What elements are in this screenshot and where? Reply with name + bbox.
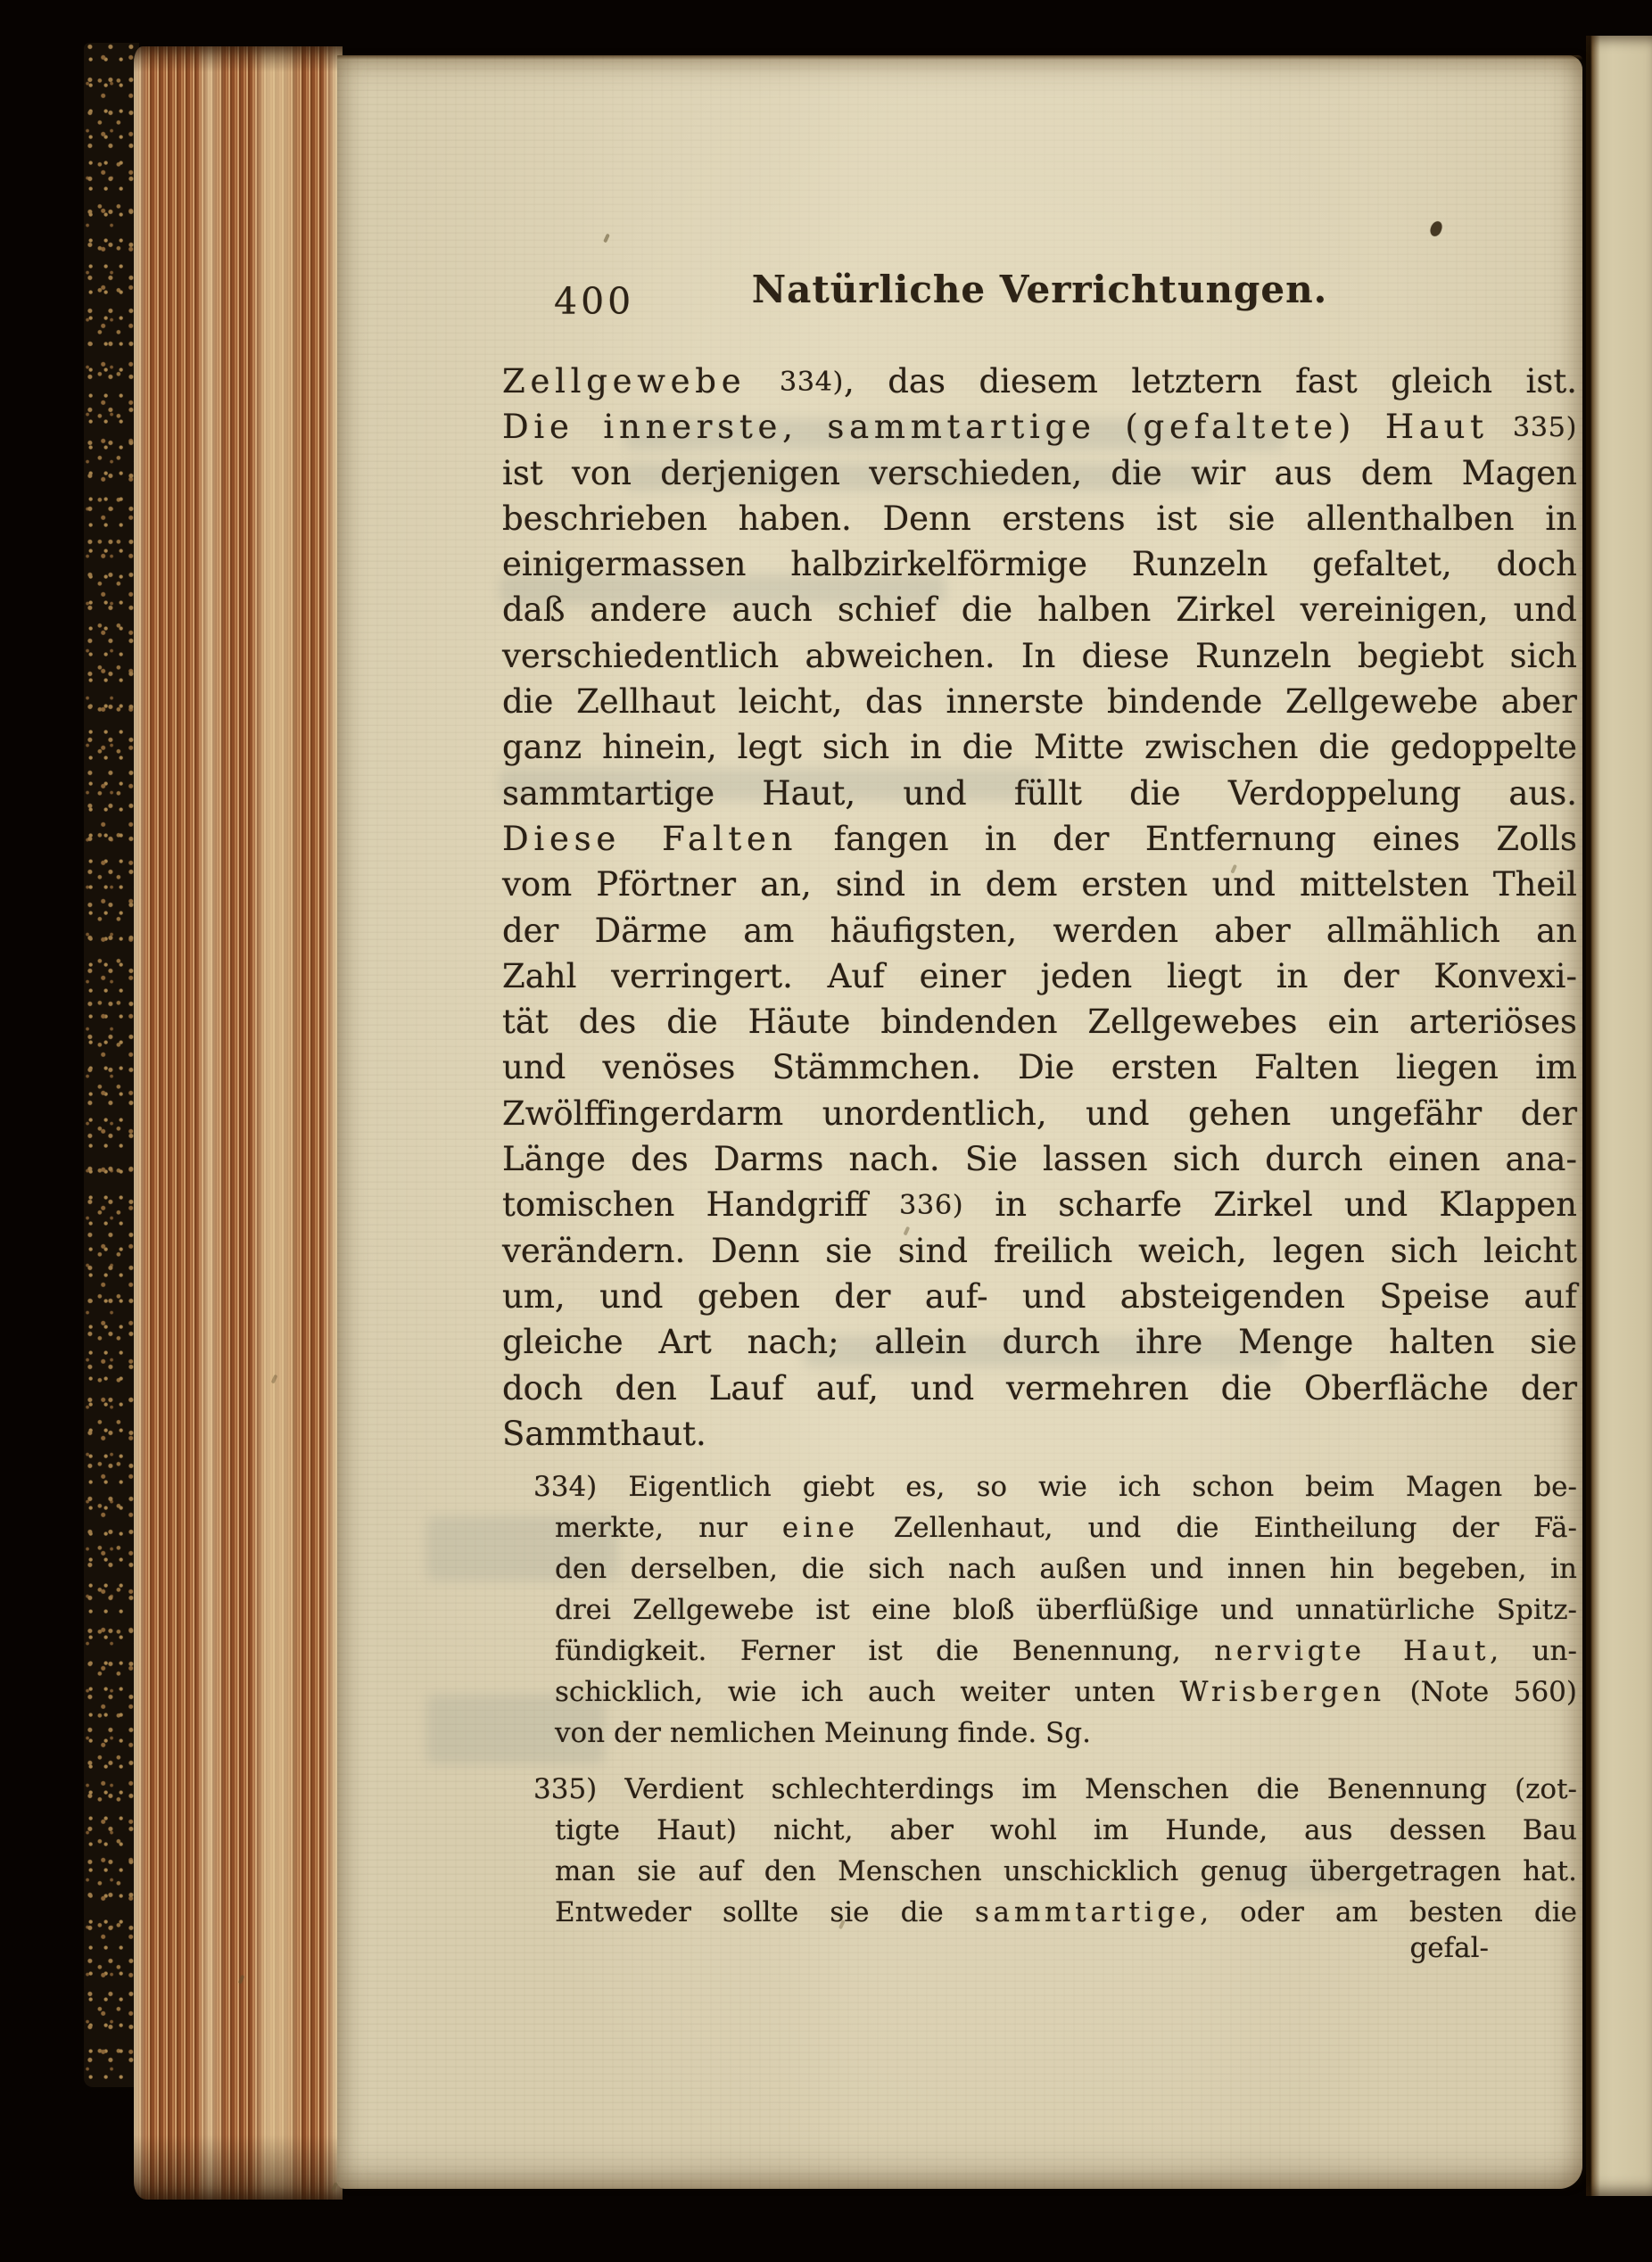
body-line: ist von derjenigen verschieden, die wir … [502, 450, 1577, 496]
footnote-line: Entweder sollte sie die sammtartige, ode… [555, 1892, 1577, 1933]
text-segment: Wrisbergen [1180, 1676, 1385, 1708]
body-line: daß andere auch schief die halben Zirkel… [502, 587, 1577, 632]
text-segment: verändern. Denn sie sind freilich weich,… [502, 1232, 1577, 1270]
body-line: gleiche Art nach; allein durch ihre Meng… [502, 1319, 1577, 1365]
body-line: tomischen Handgriff 336) in scharfe Zirk… [502, 1182, 1577, 1227]
book-photo: 400 Natürliche Verrichtungen. Zellgewebe… [0, 0, 1652, 2262]
text-segment: vom Pförtner an, sind in dem ersten und … [502, 865, 1577, 904]
footnote-line: tigte Haut) nicht, aber wohl im Hunde, a… [555, 1810, 1577, 1851]
footnote-line: 334) Eigentlich giebt es, so wie ich sch… [533, 1466, 1577, 1507]
body-line: verschiedentlich abweichen. In diese Run… [502, 633, 1577, 679]
body-line: sammtartige Haut, und füllt die Verdoppe… [502, 771, 1577, 816]
text-segment: 334) Eigentlich giebt es, so wie ich sch… [533, 1471, 1577, 1503]
text-segment: sammtartige [975, 1896, 1200, 1928]
body-line: verändern. Denn sie sind freilich weich,… [502, 1228, 1577, 1274]
text-segment: den derselben, die sich nach außen und i… [555, 1553, 1577, 1585]
text-segment: in scharfe Zirkel und Klappen [963, 1185, 1577, 1224]
text-segment: der Därme am häufigsten, werden aber all… [502, 912, 1577, 950]
footnote-line: von der nemlichen Meinung finde. Sg. [555, 1713, 1577, 1754]
text-segment: tigte Haut) nicht, aber wohl im Hunde, a… [555, 1814, 1577, 1846]
body-line: die Zellhaut leicht, das innerste binden… [502, 679, 1577, 724]
text-segment: und venöses Stämmchen. Die ersten Falten… [502, 1048, 1577, 1086]
body-text: Zellgewebe 334), das diesem letztern fas… [502, 359, 1577, 1457]
footnote-reference: 335) [1513, 412, 1577, 443]
footnote-334: 334) Eigentlich giebt es, so wie ich sch… [533, 1466, 1577, 1754]
footnote-line: schicklich, wie ich auch weiter unten Wr… [555, 1672, 1577, 1713]
footnote-line: fündigkeit. Ferner ist die Benennung, ne… [555, 1630, 1577, 1672]
text-segment: schicklich, wie ich auch weiter unten [555, 1676, 1180, 1708]
text-segment: Sammthaut. [502, 1415, 706, 1453]
text-segment: verschiedentlich abweichen. In diese Run… [502, 637, 1577, 675]
catchword: gefal- [502, 1932, 1544, 1964]
text-segment: Die innerste, sammtartige (gefaltete) Ha… [502, 408, 1489, 446]
text-segment: sammtartige Haut, und füllt die Verdoppe… [502, 774, 1577, 813]
body-line: um, und geben der auf- und absteigenden … [502, 1274, 1577, 1319]
body-line: Zwölffingerdarm unordentlich, und gehen … [502, 1091, 1577, 1136]
body-line: ganz hinein, legt sich in die Mitte zwis… [502, 724, 1577, 770]
text-segment: Entweder sollte sie die [555, 1896, 975, 1928]
text-segment: Zellgewebe [502, 362, 746, 400]
body-line: einigermassen halbzirkelförmige Runzeln … [502, 541, 1577, 587]
footnote-line: drei Zellgewebe ist eine bloß überflüßig… [555, 1589, 1577, 1630]
body-line: tät des die Häute bindenden Zellgewebes … [502, 999, 1577, 1044]
text-segment: tät des die Häute bindenden Zellgewebes … [502, 1003, 1577, 1041]
text-segment: Diese Falten [502, 820, 797, 858]
text-segment: Länge des Darms nach. Sie lassen sich du… [502, 1140, 1577, 1178]
book-page: 400 Natürliche Verrichtungen. Zellgewebe… [337, 55, 1582, 2189]
text-segment: Zahl verringert. Auf einer jeden liegt i… [502, 957, 1577, 995]
text-segment: eine [782, 1512, 859, 1544]
body-line: beschrieben haben. Denn erstens ist sie … [502, 496, 1577, 541]
text-segment: (Note 560) [1385, 1676, 1577, 1708]
paper-specks [603, 234, 610, 244]
body-line: Die innerste, sammtartige (gefaltete) Ha… [502, 404, 1577, 450]
text-segment: tomischen Handgriff [502, 1185, 899, 1224]
marbled-cover-edge [84, 43, 139, 2087]
text-segment: merkte, nur [555, 1512, 782, 1544]
text-segment: fangen in der Entfernung eines Zolls [797, 820, 1577, 858]
text-segment: beschrieben haben. Denn erstens ist sie … [502, 499, 1577, 538]
text-segment: fündigkeit. Ferner ist die Benennung, [555, 1635, 1214, 1667]
body-line: Sammthaut. [502, 1411, 1577, 1457]
footnote-line: 335) Verdient schlechterdings im Mensche… [533, 1769, 1577, 1810]
page-stack-fore-edge [134, 46, 343, 2200]
footnote-line: man sie auf den Menschen unschicklich ge… [555, 1851, 1577, 1892]
page-header: 400 Natürliche Verrichtungen. [502, 266, 1577, 328]
text-segment: drei Zellgewebe ist eine bloß überflüßig… [555, 1594, 1577, 1626]
text-segment: von der nemlichen Meinung finde. Sg. [555, 1717, 1091, 1749]
text-segment: , un- [1490, 1635, 1577, 1667]
body-line: Diese Falten fangen in der Entfernung ei… [502, 816, 1577, 862]
text-segment [746, 362, 779, 400]
text-segment: , oder am besten die [1200, 1896, 1577, 1928]
footnote-335: 335) Verdient schlechterdings im Mensche… [533, 1769, 1577, 1933]
body-line: Zellgewebe 334), das diesem letztern fas… [502, 359, 1577, 404]
text-segment: ganz hinein, legt sich in die Mitte zwis… [502, 728, 1577, 766]
body-line: und venöses Stämmchen. Die ersten Falten… [502, 1044, 1577, 1090]
body-line: doch den Lauf auf, und vermehren die Obe… [502, 1366, 1577, 1411]
text-segment: die Zellhaut leicht, das innerste binden… [502, 682, 1577, 721]
running-title: Natürliche Verrichtungen. [502, 268, 1577, 311]
text-segment: Zwölffingerdarm unordentlich, und gehen … [502, 1094, 1577, 1133]
text-segment: um, und geben der auf- und absteigenden … [502, 1277, 1577, 1316]
body-line: der Därme am häufigsten, werden aber all… [502, 908, 1577, 954]
text-segment: man sie auf den Menschen unschicklich ge… [555, 1855, 1577, 1887]
ink-speck [1429, 220, 1443, 237]
text-segment: gleiche Art nach; allein durch ihre Meng… [502, 1323, 1577, 1361]
text-segment: ist von derjenigen verschieden, die wir … [502, 454, 1577, 492]
text-segment: Zellenhaut, und die Eintheilung der Fä- [859, 1512, 1577, 1544]
text-segment: , das diesem letztern fast gleich ist. [844, 362, 1577, 400]
text-segment: nervigte Haut [1214, 1635, 1490, 1667]
text-segment: doch den Lauf auf, und vermehren die Obe… [502, 1369, 1577, 1408]
adjacent-page-edge [1586, 36, 1652, 2196]
footnote-line: den derselben, die sich nach außen und i… [555, 1548, 1577, 1589]
body-line: Zahl verringert. Auf einer jeden liegt i… [502, 954, 1577, 999]
footnote-reference: 334) [780, 367, 844, 398]
text-segment: einigermassen halbzirkelförmige Runzeln … [502, 545, 1577, 583]
footnote-line: merkte, nur eine Zellenhaut, und die Ein… [555, 1507, 1577, 1548]
text-segment: 335) Verdient schlechterdings im Mensche… [533, 1773, 1577, 1805]
body-line: Länge des Darms nach. Sie lassen sich du… [502, 1136, 1577, 1182]
text-segment: daß andere auch schief die halben Zirkel… [502, 590, 1577, 629]
text-segment [1489, 408, 1513, 446]
body-line: vom Pförtner an, sind in dem ersten und … [502, 862, 1577, 907]
footnote-reference: 336) [899, 1190, 963, 1221]
